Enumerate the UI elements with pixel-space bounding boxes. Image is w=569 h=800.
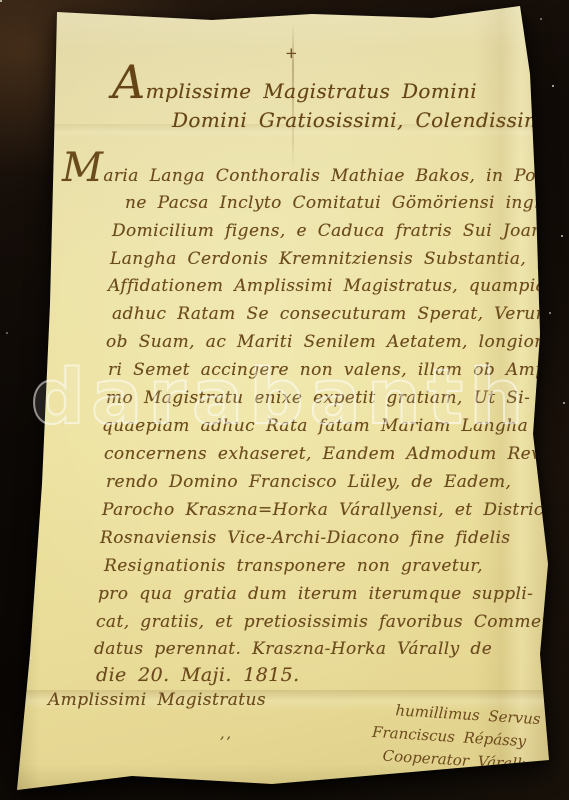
body-line: mo Magistratu enixe expetit gratiam, Ut …: [106, 387, 530, 409]
body-line: Parocho Kraszna=Horka Várallyensi, et Di…: [102, 499, 550, 521]
bottom-edge-shading: [12, 764, 560, 796]
salutation-line-2: Domini Gratiosissimi, Colendissimi!: [172, 108, 559, 132]
body-line: ri Semet accingere non valens, illam ob …: [108, 359, 569, 381]
body-line: pro qua gratia dum iterum iterumque supp…: [98, 583, 533, 605]
body-line: adhuc Ratam Se consecuturam Sperat, Veru…: [112, 303, 552, 325]
paper-shadow-wrap: + Amplissime Magistratus Domini Domini G…: [0, 0, 569, 800]
body-line: concernens exhaseret, Eandem Admodum Rev…: [104, 443, 558, 465]
body-line: datus perennat. Kraszna-Horka Várally de: [94, 638, 492, 660]
manuscript-photo: + Amplissime Magistratus Domini Domini G…: [0, 0, 569, 800]
signature-block: humillimus Servus Franciscus Répássy Coo…: [330, 696, 549, 778]
cross-mark: +: [285, 44, 298, 62]
body-line: ne Pacsa Inclyto Comitatui Gömöriensi in…: [125, 192, 569, 214]
body-line: Langha Cerdonis Kremnitziensis Substanti…: [110, 248, 569, 270]
body-line: Resignationis transponere non gravetur,: [104, 555, 483, 577]
ditto-mark: ,,: [220, 726, 233, 742]
dust-specks: [0, 0, 2, 2]
letter-paper: + Amplissime Magistratus Domini Domini G…: [12, 4, 560, 796]
body-line: Affidationem Amplissimi Magistratus, qua…: [108, 275, 563, 297]
salutation-line-1: Amplissime Magistratus Domini: [112, 72, 477, 103]
left-edge-shading: [12, 4, 40, 796]
body-line: ob Suam, ac Mariti Senilem Aetatem, long…: [106, 331, 569, 353]
body-line: Domicilium figens, e Caduca fratris Sui …: [112, 220, 569, 242]
closing-line: Amplissimi Magistratus: [48, 690, 266, 710]
top-edge-shading: [12, 4, 560, 48]
body-line: Maria Langa Conthoralis Mathiae Bakos, i…: [62, 160, 569, 187]
body-line: quaepiam adhuc Rata fatam Mariam Langha: [102, 415, 528, 437]
body-line: rendo Domino Francisco Lüley, de Eadem,: [106, 471, 511, 493]
body-line: cat, gratiis, et pretiosissimis favoribu…: [96, 611, 559, 633]
body-line: Rosnaviensis Vice-Archi-Diacono fine fid…: [100, 527, 511, 549]
date-line: die 20. Maji. 1815.: [96, 664, 300, 686]
